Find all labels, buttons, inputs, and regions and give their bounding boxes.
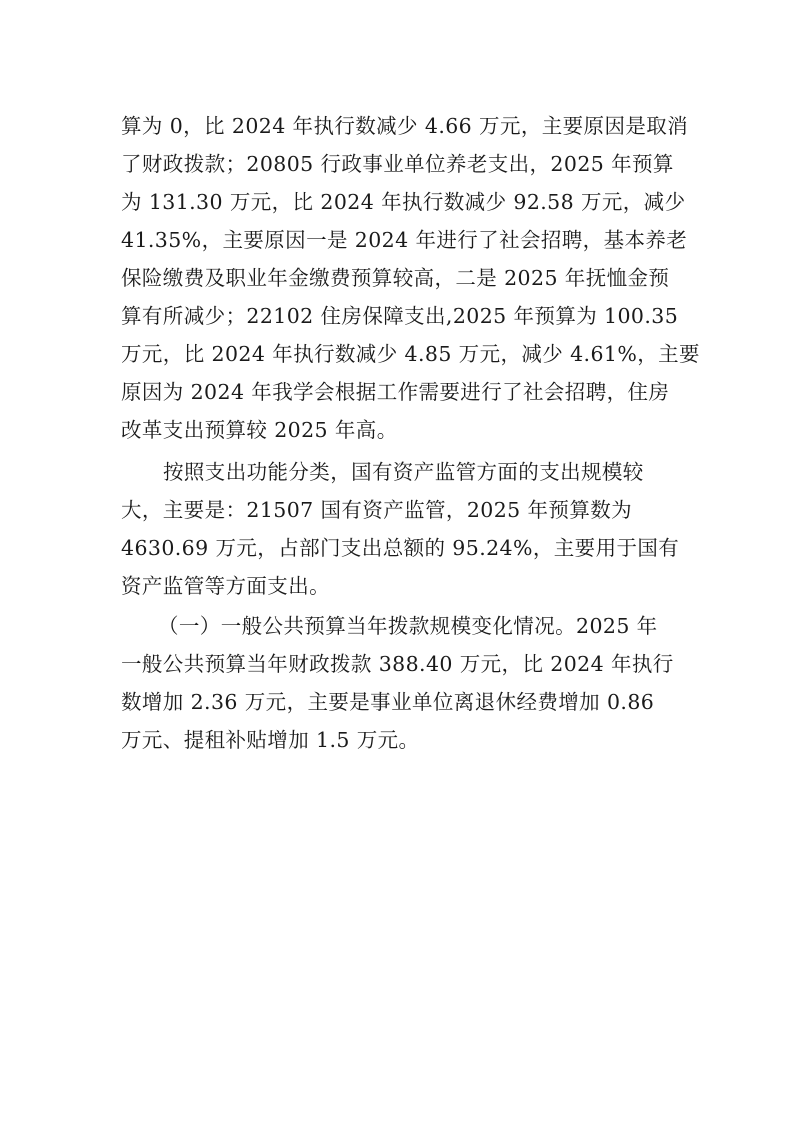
text-line: 了财政拨款；20805 行政事业单位养老支出，2025 年预算: [121, 150, 681, 178]
text-line: 大，主要是：21507 国有资产监管，2025 年预算数为: [121, 496, 681, 524]
document-page: 算为 0，比 2024 年执行数减少 4.66 万元，主要原因是取消 了财政拨款…: [0, 0, 800, 1131]
text-line: 为 131.30 万元，比 2024 年执行数减少 92.58 万元，减少: [121, 188, 681, 216]
text-line: 41.35%，主要原因一是 2024 年进行了社会招聘，基本养老: [121, 226, 681, 254]
text-line: 按照支出功能分类，国有资产监管方面的支出规模较: [163, 458, 723, 486]
text-line: 保险缴费及职业年金缴费预算较高，二是 2025 年抚恤金预: [121, 264, 681, 292]
text-line: 改革支出预算较 2025 年高。: [121, 416, 681, 444]
text-line: 一般公共预算当年财政拨款 388.40 万元，比 2024 年执行: [121, 650, 681, 678]
text-line: 4630.69 万元，占部门支出总额的 95.24%，主要用于国有: [121, 534, 681, 562]
text-line: 数增加 2.36 万元，主要是事业单位离退休经费增加 0.86: [121, 688, 681, 716]
text-line: 算为 0，比 2024 年执行数减少 4.66 万元，主要原因是取消: [121, 112, 681, 140]
text-line: 万元、提租补贴增加 1.5 万元。: [121, 726, 681, 754]
text-line: （一）一般公共预算当年拨款规模变化情况。2025 年: [158, 612, 718, 640]
text-line: 万元，比 2024 年执行数减少 4.85 万元，减少 4.61%，主要: [121, 340, 681, 368]
text-line: 算有所减少；22102 住房保障支出,2025 年预算为 100.35: [121, 302, 681, 330]
text-line: 原因为 2024 年我学会根据工作需要进行了社会招聘，住房: [121, 378, 681, 406]
text-line: 资产监管等方面支出。: [121, 572, 681, 600]
